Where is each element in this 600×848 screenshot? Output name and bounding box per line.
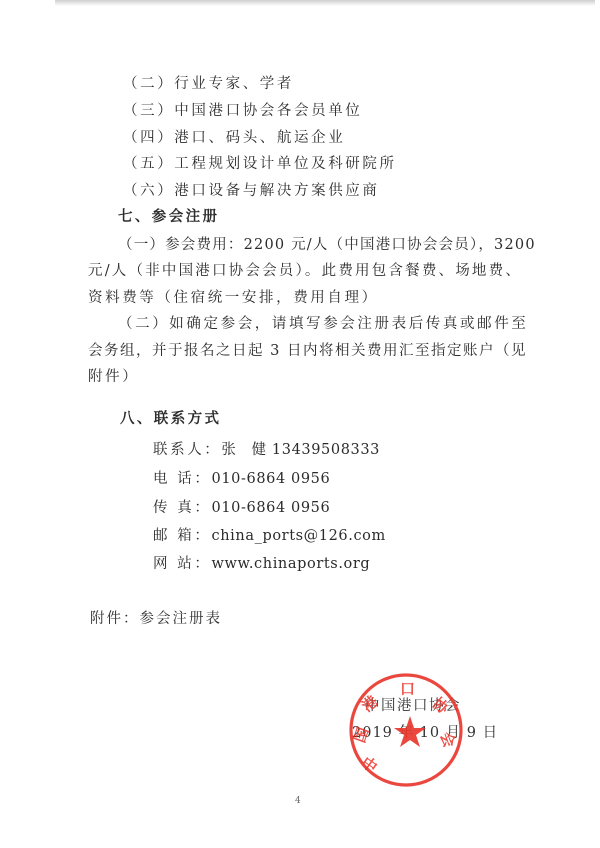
svg-text:口: 口 <box>400 680 415 698</box>
star-icon <box>394 716 426 747</box>
contact-label: 传 真： <box>153 500 212 516</box>
contact-label: 联系人： <box>153 442 221 458</box>
contact-email: 邮 箱：china_ports@126.com <box>153 527 386 545</box>
paragraph-line: 附件） <box>88 368 139 386</box>
contact-label: 电 话： <box>153 471 212 487</box>
section-heading-contact: 八、联系方式 <box>120 410 221 428</box>
contact-value: 张 健 13439508333 <box>221 442 380 458</box>
svg-text:会: 会 <box>437 730 459 750</box>
contact-phone: 电 话：010-6864 0956 <box>153 470 330 488</box>
page-edge-shadow <box>55 0 595 6</box>
paragraph-line: 资料费等（住宿统一安排，费用自理） <box>88 289 379 307</box>
contact-label: 邮 箱： <box>153 528 212 544</box>
list-item: （二）行业专家、学者 <box>123 75 294 93</box>
list-item: （四）港口、码头、航运企业 <box>123 129 345 147</box>
contact-fax: 传 真：010-6864 0956 <box>153 499 330 517</box>
contact-person: 联系人：张 健 13439508333 <box>153 441 380 459</box>
contact-value: china_ports@126.com <box>212 528 386 544</box>
contact-value: www.chinaports.org <box>212 556 371 572</box>
contact-website: 网 站：www.chinaports.org <box>153 555 370 573</box>
section-heading-registration: 七、参会注册 <box>118 208 219 226</box>
paragraph-line: （一）参会费用：2200 元/人（中国港口协会会员），3200 <box>118 236 536 254</box>
paragraph-line: （二）如确定参会，请填写参会注册表后传真或邮件至 <box>118 315 528 333</box>
page-number: 4 <box>295 796 301 806</box>
list-item: （六）港口设备与解决方案供应商 <box>123 182 380 200</box>
svg-text:中: 中 <box>358 753 381 776</box>
contact-label: 网 站： <box>153 556 212 572</box>
list-item: （三）中国港口协会各会员单位 <box>123 102 362 120</box>
official-seal-stamp: 中 国 港 口 协 会 <box>348 672 464 788</box>
contact-value: 010-6864 0956 <box>212 500 331 516</box>
attachment-note: 附件：参会注册表 <box>90 610 222 628</box>
list-item: （五）工程规划设计单位及科研院所 <box>123 155 397 173</box>
paragraph-line: 会务组，并于报名之日起 3 日内将相关费用汇至指定账户（见 <box>88 342 527 360</box>
paragraph-line: 元/人（非中国港口协会会员）。此费用包含餐费、场地费、 <box>88 262 522 280</box>
contact-value: 010-6864 0956 <box>212 471 331 487</box>
